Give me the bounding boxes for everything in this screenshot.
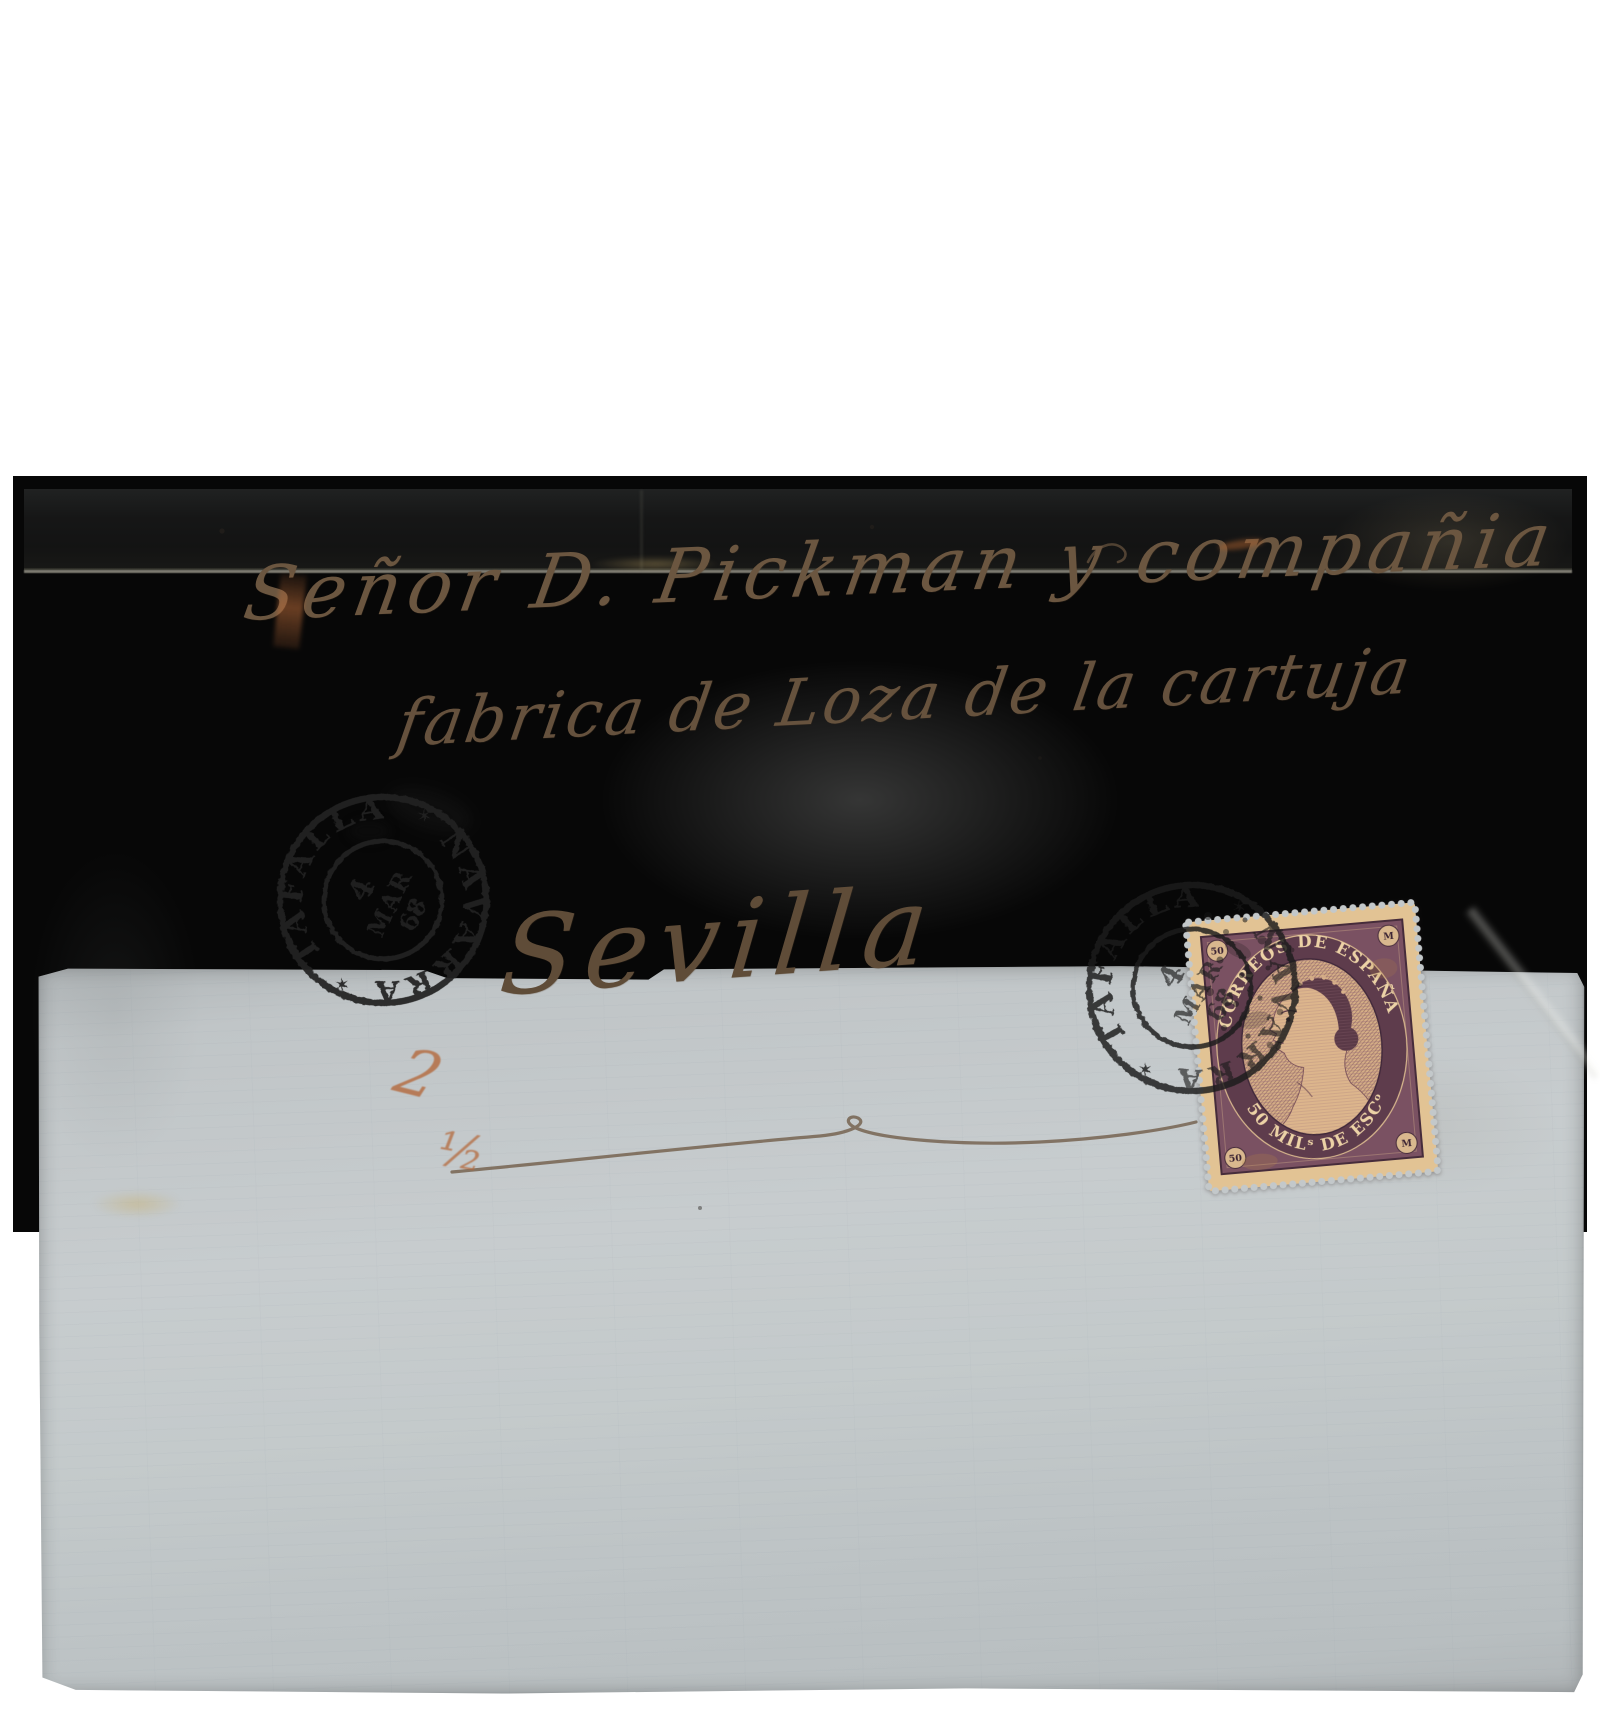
cds-town-text: TAFALLA xyxy=(241,762,403,978)
left-cds-postmark: TAFALLA NAVARRA ✶ ✶ 4 MAR 68 xyxy=(259,776,507,1024)
stamp-corner-monogram: M xyxy=(1383,931,1395,943)
stamp-corner-monogram: M xyxy=(1401,1138,1413,1150)
cancel-smudge-dots xyxy=(1150,880,1380,1090)
rate-mark-secondary: ½ xyxy=(433,1120,489,1183)
svg-text:TAFALLA: TAFALLA xyxy=(241,762,403,978)
stamp-corner-value: 50 xyxy=(1228,1153,1243,1165)
